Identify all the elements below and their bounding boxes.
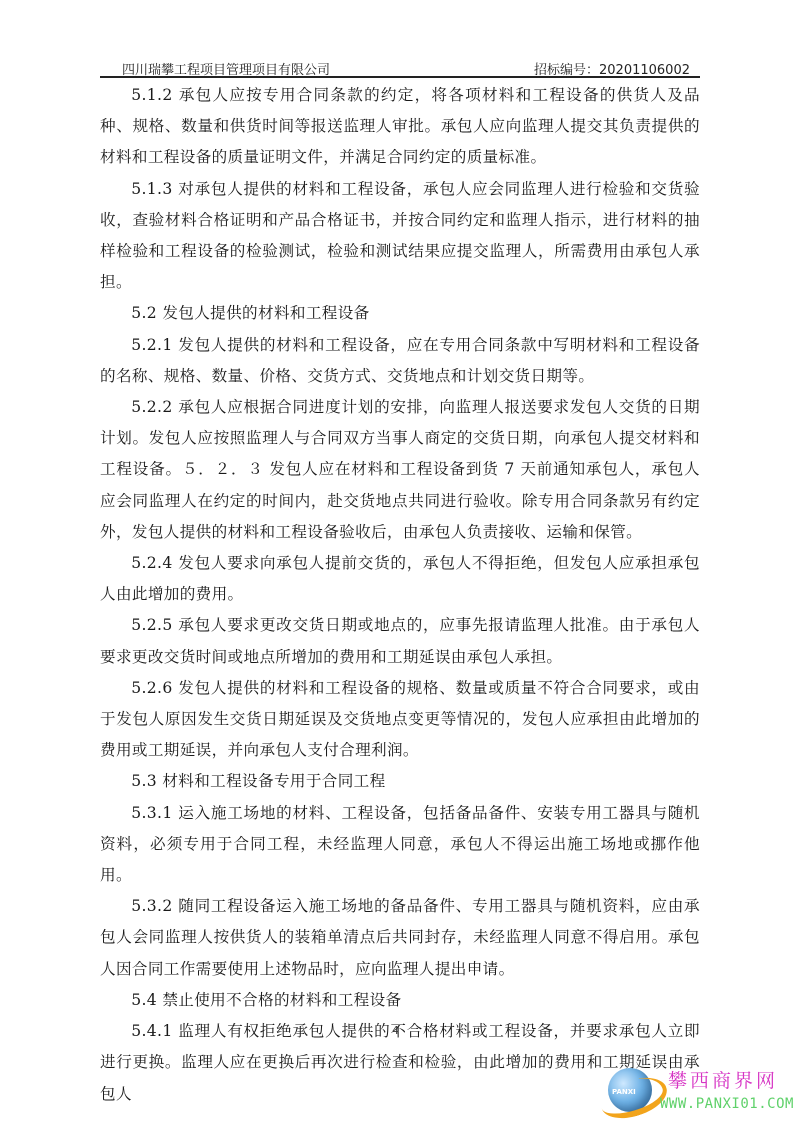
- watermark-site-url: WWW.PANXI01.COM: [660, 1096, 793, 1112]
- section-heading-5-4: 5.4 禁止使用不合格的材料和工程设备: [100, 985, 700, 1016]
- paragraph-5-2-6: 5.2.6 发包人提供的材料和工程设备的规格、数量或质量不符合合同要求，或由于发…: [100, 673, 700, 767]
- document-body: 5.1.2 承包人应按专用合同条款的约定，将各项材料和工程设备的供货人及品种、规…: [100, 80, 700, 1110]
- watermark-site-name: 攀西商界网: [668, 1066, 778, 1093]
- paragraph-5-1-3: 5.1.3 对承包人提供的材料和工程设备，承包人应会同监理人进行检验和交货验收，…: [100, 174, 700, 299]
- page-number: 4: [392, 1024, 399, 1037]
- paragraph-5-1-2: 5.1.2 承包人应按专用合同条款的约定，将各项材料和工程设备的供货人及品种、规…: [100, 80, 700, 174]
- page-header: 四川瑞攀工程项目管理项目有限公司 招标编号：20201106002: [100, 58, 700, 76]
- section-heading-5-3: 5.3 材料和工程设备专用于合同工程: [100, 766, 700, 797]
- watermark-logo: PANXI 攀西商界网 WWW.PANXI01.COM: [598, 1060, 793, 1122]
- paragraph-5-2-2: 5.2.2 承包人应根据合同进度计划的安排，向监理人报送要求发包人交货的日期计划…: [100, 392, 700, 548]
- paragraph-5-2-4: 5.2.4 发包人要求向承包人提前交货的，承包人不得拒绝，但发包人应承担承包人由…: [100, 548, 700, 610]
- paragraph-5-3-1: 5.3.1 运入施工场地的材料、工程设备，包括备品备件、安装专用工器具与随机资料…: [100, 798, 700, 892]
- paragraph-5-3-2: 5.3.2 随同工程设备运入施工场地的备品备件、专用工器具与随机资料，应由承包人…: [100, 891, 700, 985]
- header-divider: [100, 76, 700, 78]
- paragraph-5-2-1: 5.2.1 发包人提供的材料和工程设备，应在专用合同条款中写明材料和工程设备的名…: [100, 330, 700, 392]
- globe-label: PANXI: [612, 1088, 636, 1096]
- section-heading-5-2: 5.2 发包人提供的材料和工程设备: [100, 298, 700, 329]
- paragraph-5-2-5: 5.2.5 承包人要求更改交货日期或地点的，应事先报请监理人批准。由于承包人要求…: [100, 610, 700, 672]
